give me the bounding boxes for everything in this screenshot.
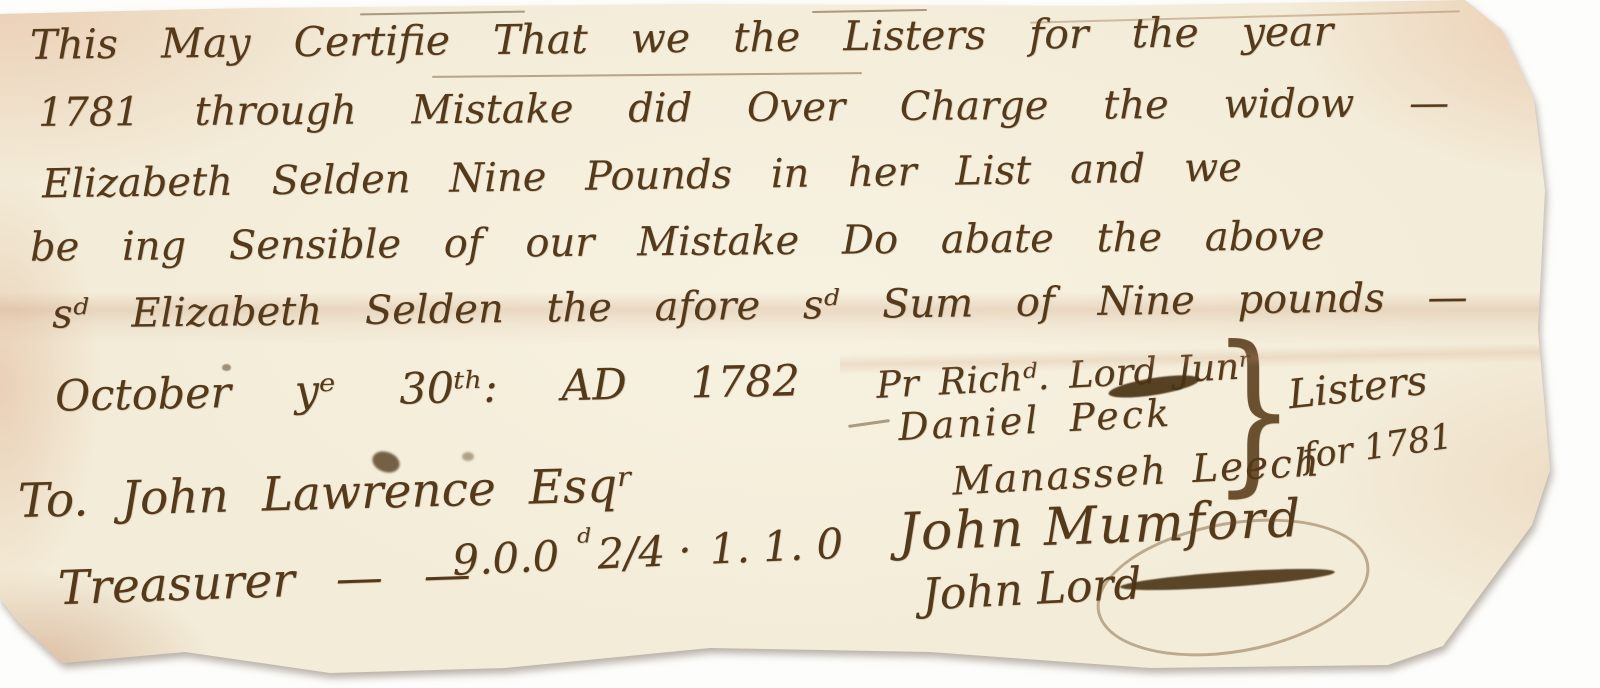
date-line: October yᵉ 30ᵗʰ: AD 1782 [55, 358, 801, 421]
pen-stroke-dash [848, 419, 890, 428]
body-line-4: be ing Sensible of our Mistake Do abate … [30, 214, 1325, 269]
pen-stroke-crossbar-1 [360, 11, 525, 16]
body-line-2: 1781 through Mistake did Over Charge the… [38, 81, 1449, 135]
body-line-3: Elizabeth Selden Nine Pounds in her List… [42, 146, 1242, 207]
pence-mark: ᵈ [576, 522, 592, 564]
ink-blot-small [462, 452, 474, 461]
paper-shadow: This May Certifie That we the Listers fo… [0, 0, 1600, 688]
amount-fraction: 2/4 · [596, 525, 692, 578]
document-paper: This May Certifie That we the Listers fo… [0, 0, 1600, 688]
document-scan: This May Certifie That we the Listers fo… [0, 0, 1600, 688]
treasurer-line: Treasurer — — [57, 549, 471, 615]
ink-speck [222, 364, 231, 371]
pen-stroke-underline [432, 72, 862, 78]
addressee-line: To. John Lawrence Esqʳ [17, 460, 634, 528]
amount-figures: 9.0.0ᵈ2/4 ·1. 1. 0 [451, 511, 862, 584]
brace-label-year: for 1781 [1300, 418, 1455, 477]
brace-label-listers: Listers [1286, 359, 1429, 417]
amount-pounds: 9.0.0 [451, 531, 560, 585]
amount-second: 1. 1. 0 [709, 519, 845, 574]
